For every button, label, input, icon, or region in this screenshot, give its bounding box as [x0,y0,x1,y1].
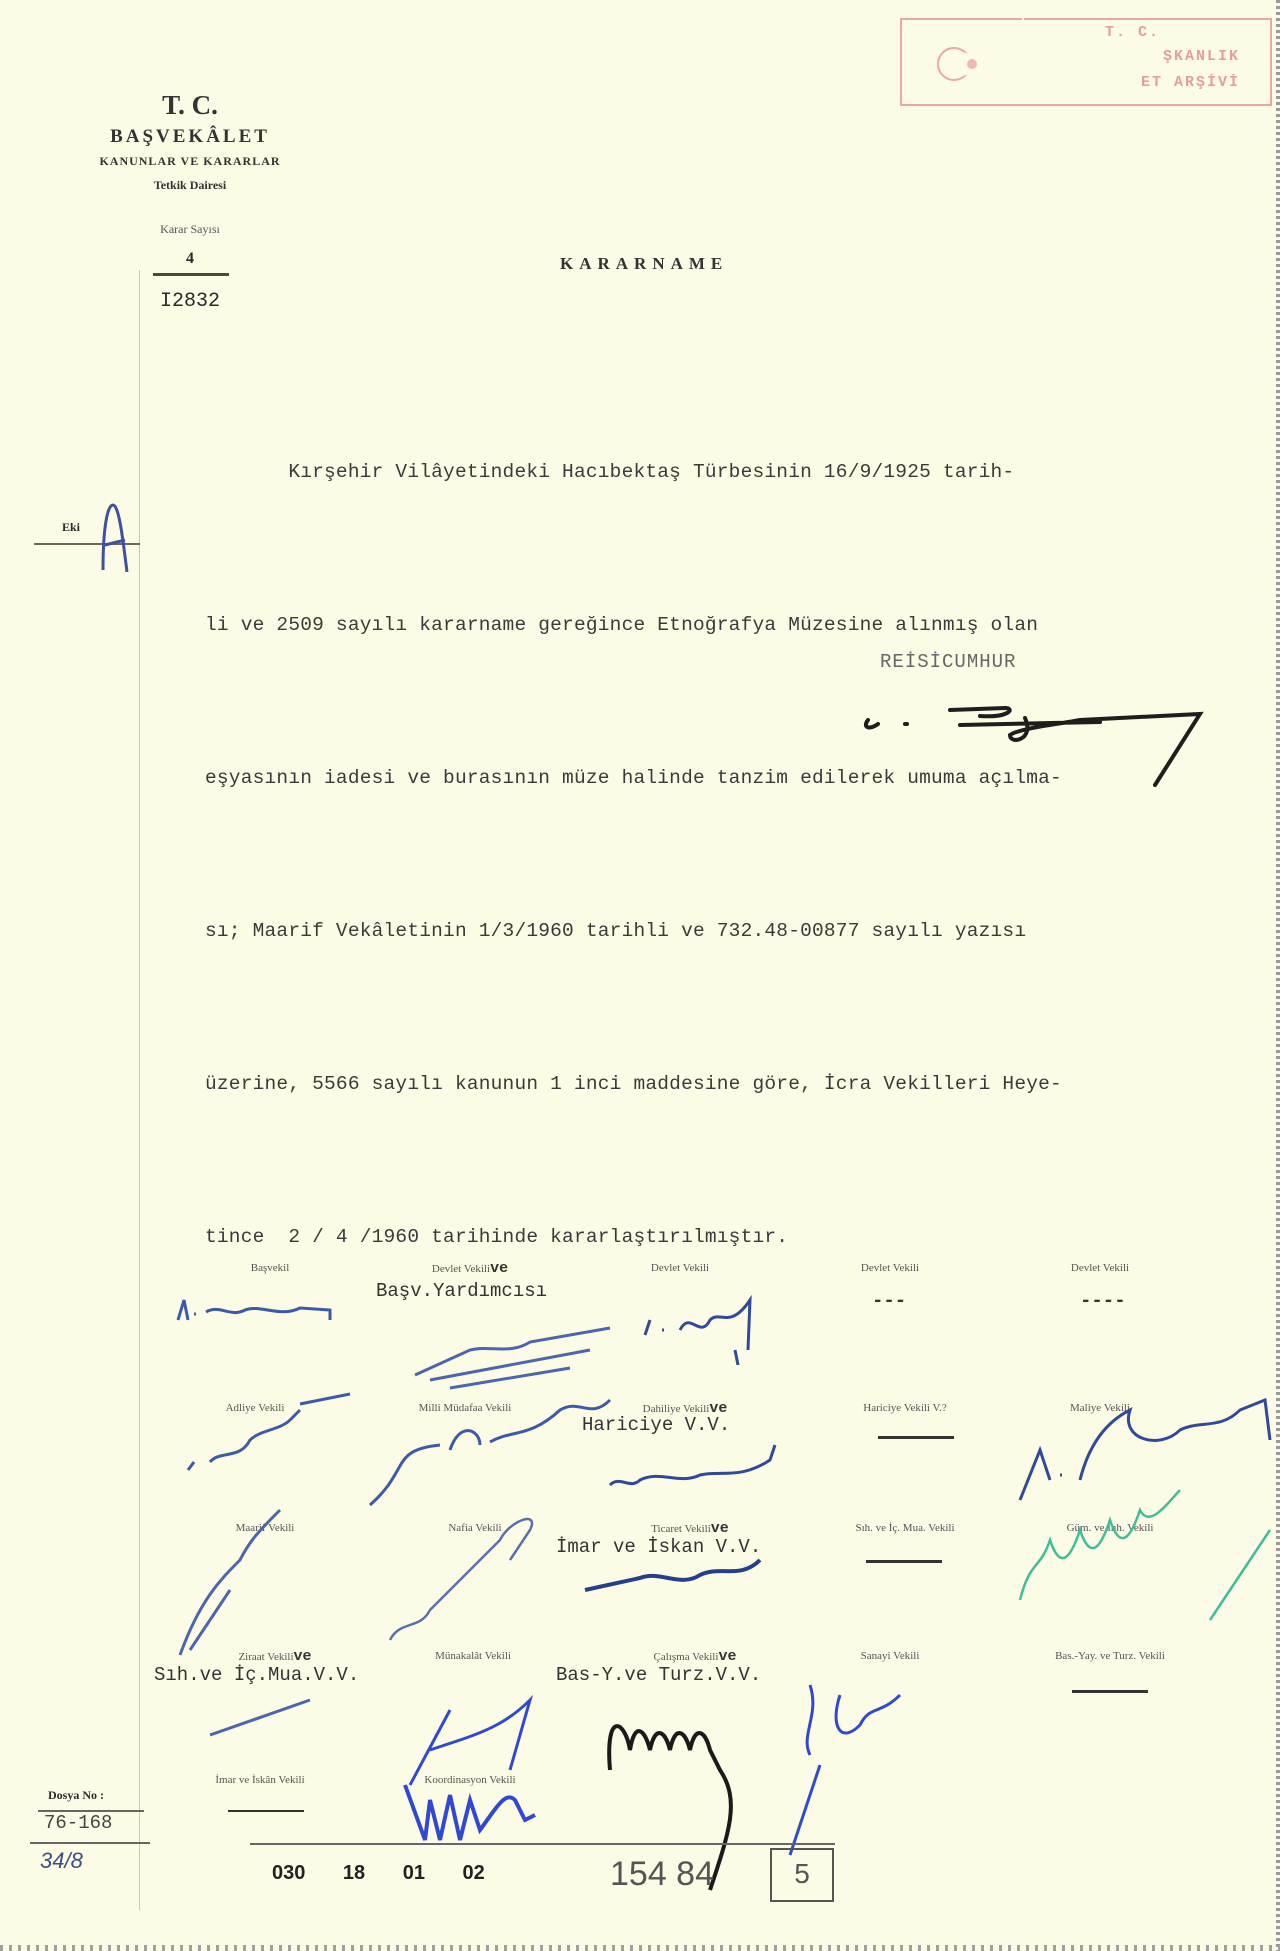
minister-label-text: Devlet Vekili [432,1263,490,1275]
letterhead-tetkik: Tetkik Dairesi [110,178,270,193]
signature-munakalat [400,1670,580,1790]
left-margin-line [139,270,140,1910]
typed-dashes: --- [872,1290,906,1312]
dosya-no-value: 76-168 [44,1812,112,1834]
stamp-line-1: T. C. [1105,24,1160,41]
signature-basvekil [170,1290,400,1330]
blank-signature-dash [1072,1690,1148,1693]
signature-dahiliye [600,1440,800,1500]
signature-gumruk [1010,1470,1280,1630]
document-title: KARARNAME [560,254,728,274]
archive-reference-box: 5 [770,1848,834,1902]
scan-edge-right [1276,0,1280,1951]
archive-reference-codes: 030 18 01 02 [272,1862,485,1885]
blank-signature-dash [878,1436,954,1439]
minister-label: Devlet Vekili [640,1262,720,1274]
karar-rule [153,273,229,276]
minister-label: Çalışma Vekilive [640,1648,750,1665]
letterhead-tc: T. C. [110,90,270,121]
signature-devlet-vekili-2 [640,1290,800,1370]
minister-label: Devlet Vekili [1060,1262,1140,1274]
ek-label: Eki [62,520,80,535]
reference-rule [250,1843,835,1845]
karar-no: I2832 [150,290,230,313]
stamp-line-2: ŞKANLIK [1163,48,1240,65]
minister-label: İmar ve İskân Vekili [195,1774,325,1786]
signature-devlet-vekili-1 [410,1320,630,1390]
minister-label: Devlet Vekili [850,1262,930,1274]
body-line: Kırşehir Vilâyetindeki Hacıbektaş Türbes… [205,447,1265,498]
signature-milli-mudafaa [330,1390,620,1510]
letterhead-basvekalet: BAŞVEKÂLET [80,126,300,148]
signature-maarif [170,1500,320,1660]
scan-edge-bottom [0,1945,1280,1951]
dosya-handwritten: 34/8 [40,1848,83,1874]
minister-label: Devlet Vekilive [420,1260,520,1277]
minister-label: Ziraat Vekilive [225,1648,325,1665]
stamp-line-3: ET ARŞİVİ [1141,74,1240,91]
signature-ziraat [200,1690,330,1740]
body-line: li ve 2509 sayılı kararname gereğince Et… [205,600,1265,651]
minister-label-text: Çalışma Vekili [654,1651,719,1663]
typed-addendum: Başv.Yardımcısı [376,1280,547,1302]
karar-sayisi-number: 4 [150,250,230,268]
minister-label: Hariciye Vekili V.? [845,1402,965,1414]
minister-label-text: Ziraat Vekili [238,1651,293,1663]
signature-sanayi [780,1665,960,1865]
archive-stamp: T. C. ŞKANLIK ET ARŞİVİ [900,18,1272,106]
dosya-no-label: Dosya No : [48,1788,104,1803]
reisicumhur-label: REİSİCUMHUR [880,651,1016,673]
letterhead-kanunlar: KANUNLAR VE KARARLAR [50,154,330,169]
body-line: tince 2 / 4 /1960 tarihinde kararlaştırı… [205,1212,1265,1263]
signature-ticaret [580,1550,770,1600]
minister-label: Bas.-Yay. ve Turz. Vekili [1015,1650,1205,1662]
typed-addendum: Sıh.ve İç.Mua.V.V. [154,1664,359,1686]
minister-label: Başvekil [230,1262,310,1274]
typed-dashes: ---- [1080,1290,1126,1312]
typed-addendum: Bas-Y.ve Turz.V.V. [556,1664,761,1686]
signature-nafia [380,1500,580,1650]
body-line: sı; Maarif Vekâletinin 1/3/1960 tarihli … [205,906,1265,957]
minister-label-text: Ticaret Vekili [651,1523,711,1535]
minister-label: Sanayi Vekili [850,1650,930,1662]
stamp-gap [1022,18,1024,104]
ve-addendum: ve [490,1260,508,1277]
ve-addendum: ve [718,1648,736,1665]
minister-label: Ticaret Vekilive [640,1520,740,1537]
minister-label: Sıh. ve İç. Mua. Vekili [815,1522,995,1534]
signature-koordinasyon [395,1780,635,1850]
president-signature [860,700,1220,790]
dosya-rule [30,1842,150,1844]
ve-addendum: ve [711,1520,729,1537]
blank-signature-dash [228,1810,304,1812]
ek-initial-signature [95,500,135,580]
body-line: üzerine, 5566 sayılı kanunun 1 inci madd… [205,1059,1265,1110]
minister-label: Münakalât Vekili [418,1650,528,1662]
ve-addendum: ve [294,1648,312,1665]
decree-body: Kırşehir Vilâyetindeki Hacıbektaş Türbes… [205,345,1265,1314]
crescent-star-icon [934,42,984,86]
blank-signature-dash [866,1560,942,1563]
karar-sayisi-label: Karar Sayısı [110,222,270,237]
archive-reference-handwritten: 154 84 [610,1855,714,1894]
